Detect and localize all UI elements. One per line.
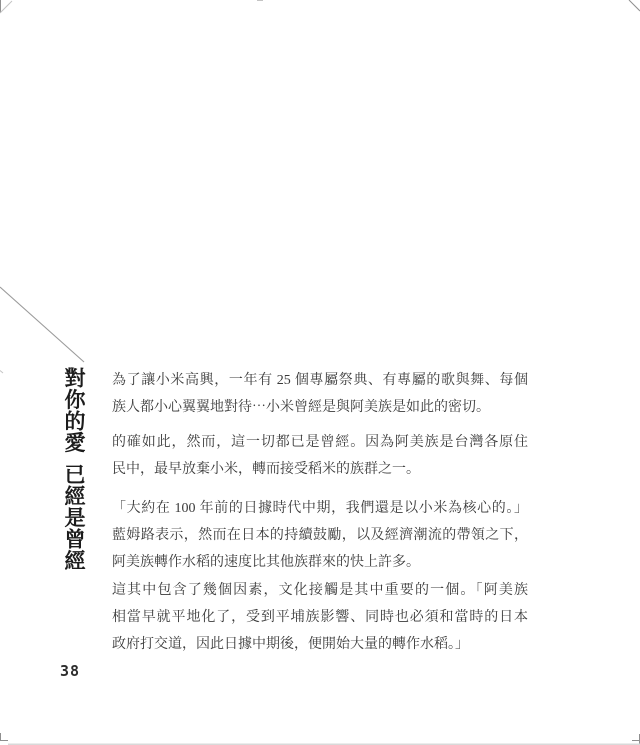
paragraph-line: 政府打交道，因此日據中期後，便開始大量的轉作水稻。」 <box>112 631 528 658</box>
paragraph-line: 相當早就平地化了，受到平埔族影響、同時也必須和當時的日本 <box>112 604 528 631</box>
paragraph-line: 民中，最早放棄小米，轉而接受稻米的族群之一。 <box>112 456 528 483</box>
paragraph-line: 這其中包含了幾個因素，文化接觸是其中重要的一個。「阿美族 <box>112 577 528 604</box>
page-number: 38 <box>60 662 80 680</box>
paragraph-line: 族人都小心翼翼地對待⋯小米曾經是與阿美族是如此的密切。 <box>112 394 528 421</box>
paragraph-line: 阿美族轉作水稻的速度比其他族群來的快上許多。 <box>112 549 528 576</box>
chapter-title-vertical: 對你的愛 已經是曾經 <box>59 367 89 597</box>
diagonal-rule <box>0 287 84 362</box>
paragraph-line: 為了讓小米高興，一年有 25 個專屬祭典、有專屬的歌與舞、每個 <box>112 367 528 394</box>
corner-mark-top-right-d <box>629 0 640 11</box>
book-page: 對你的愛 已經是曾經 為了讓小米高興，一年有 25 個專屬祭典、有專屬的歌與舞、… <box>0 0 640 745</box>
paragraph-line: 的確如此，然而，這一切都已是曾經。因為阿美族是台灣各原住 <box>112 429 528 456</box>
paragraph: 這其中包含了幾個因素，文化接觸是其中重要的一個。「阿美族 相當早就平地化了，受到… <box>112 577 528 658</box>
paragraph: 「大約在 100 年前的日據時代中期，我們還是以小米為核心的。」 藍姆路表示，然… <box>112 495 528 576</box>
corner-mark-top-left-d <box>0 1 12 13</box>
paragraph-line: 藍姆路表示，然而在日本的持續鼓勵，以及經濟潮流的帶領之下， <box>112 522 528 549</box>
left-edge-dash <box>0 371 3 374</box>
paragraph: 的確如此，然而，這一切都已是曾經。因為阿美族是台灣各原住 民中，最早放棄小米，轉… <box>112 429 528 483</box>
paragraph: 為了讓小米高興，一年有 25 個專屬祭典、有專屬的歌與舞、每個 族人都小心翼翼地… <box>112 367 528 421</box>
paragraph-line: 「大約在 100 年前的日據時代中期，我們還是以小米為核心的。」 <box>112 495 528 522</box>
